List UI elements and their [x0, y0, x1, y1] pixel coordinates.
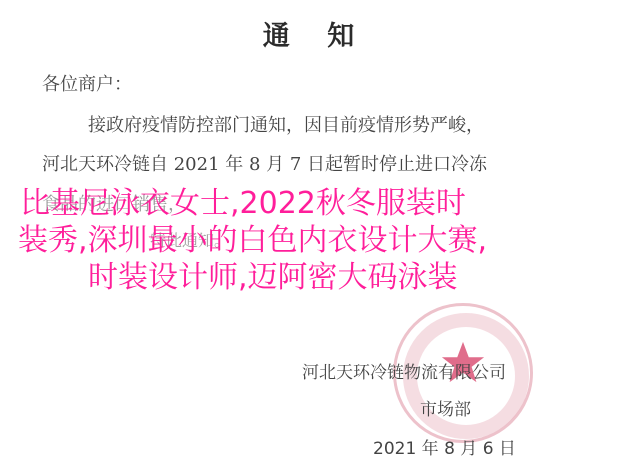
paragraph-line-2: 河北天环冷链自 2021 年 8 月 7 日起暂时停止进口冷冻 [42, 150, 487, 176]
signature-date: 2021 年 8 月 6 日 [373, 434, 516, 459]
signature-company: 河北天环冷链物流有限公司 [302, 358, 506, 383]
overlay-text-line-3: 时装设计师,迈阿密大码泳装 [88, 260, 631, 296]
paragraph-line-1: 接政府疫情防控部门通知，因目前疫情形势严峻， [88, 111, 484, 137]
overlay-text-line-2: 装秀,深圳最小的白色内衣设计大赛, [18, 223, 631, 259]
greeting: 各位商户： [42, 70, 132, 96]
document-title: 通 知 [0, 14, 631, 53]
signature-department: 市场部 [420, 395, 471, 420]
overlay-text-line-1: 比基尼泳衣女士,2022秋冬服装时 [20, 186, 631, 222]
